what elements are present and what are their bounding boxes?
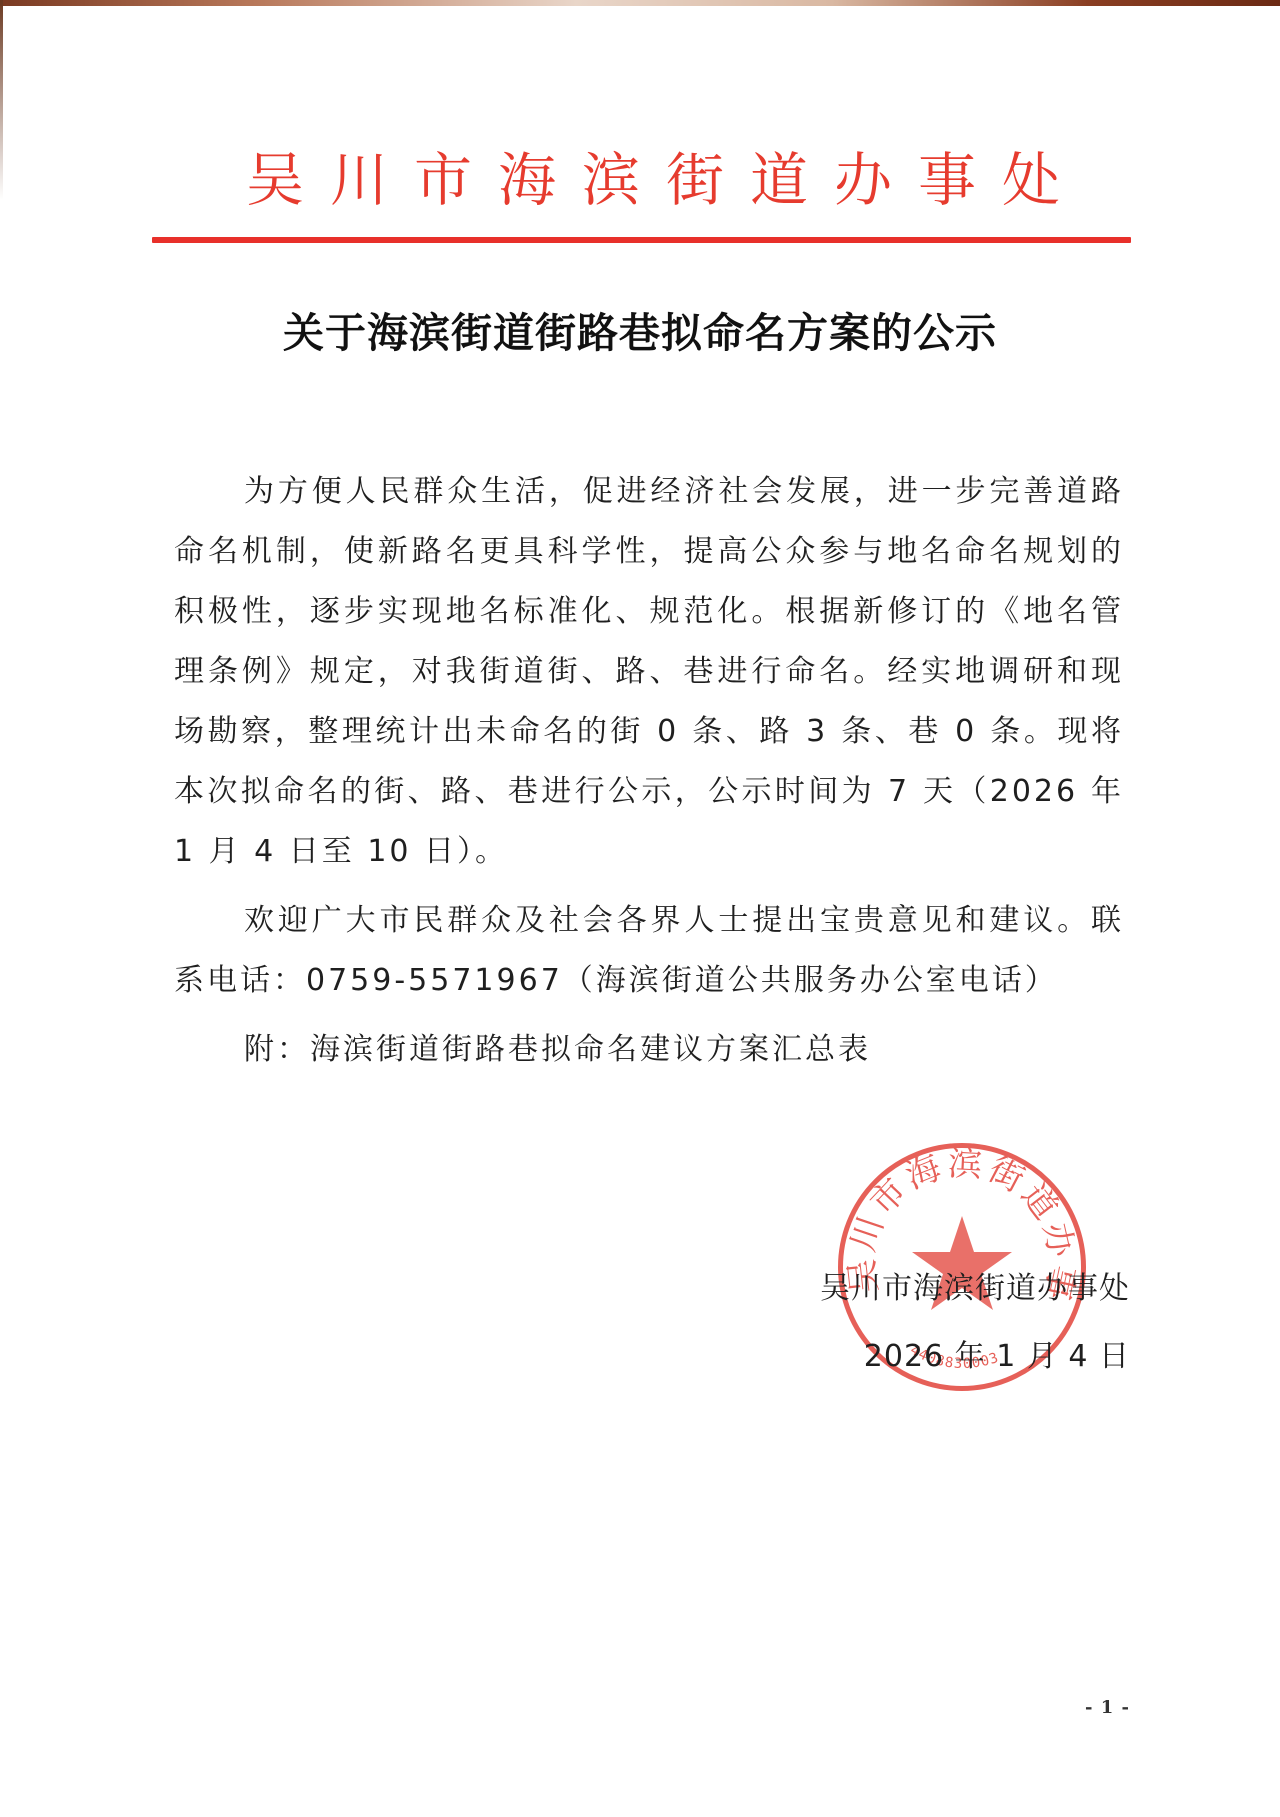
body-paragraph-2: 欢迎广大市民群众及社会各界人士提出宝贵意见和建议。联系电话：0759-55719… xyxy=(174,891,1124,1011)
paper-left-edge xyxy=(0,0,3,200)
document-title: 关于海滨街道街路巷拟命名方案的公示 xyxy=(150,303,1130,363)
paper-top-edge xyxy=(0,0,1280,6)
letterhead-organization: 吴川市海滨街道办事处 xyxy=(150,140,1156,220)
attachment-note: 附：海滨街道街路巷拟命名建议方案汇总表 xyxy=(174,1020,1124,1080)
letterhead-red-divider xyxy=(152,237,1131,243)
page-number: - 1 - xyxy=(1085,1697,1130,1718)
signature-issuer: 吴川市海滨街道办事处 xyxy=(760,1255,1130,1323)
document-body: 为方便人民群众生活，促进经济社会发展，进一步完善道路命名机制，使新路名更具科学性… xyxy=(174,462,1124,1080)
signature-block: 吴川市海滨街道办事处 2026 年 1 月 4 日 xyxy=(760,1255,1130,1391)
signature-date: 2026 年 1 月 4 日 xyxy=(760,1323,1130,1391)
body-paragraph-1: 为方便人民群众生活，促进经济社会发展，进一步完善道路命名机制，使新路名更具科学性… xyxy=(174,462,1124,882)
